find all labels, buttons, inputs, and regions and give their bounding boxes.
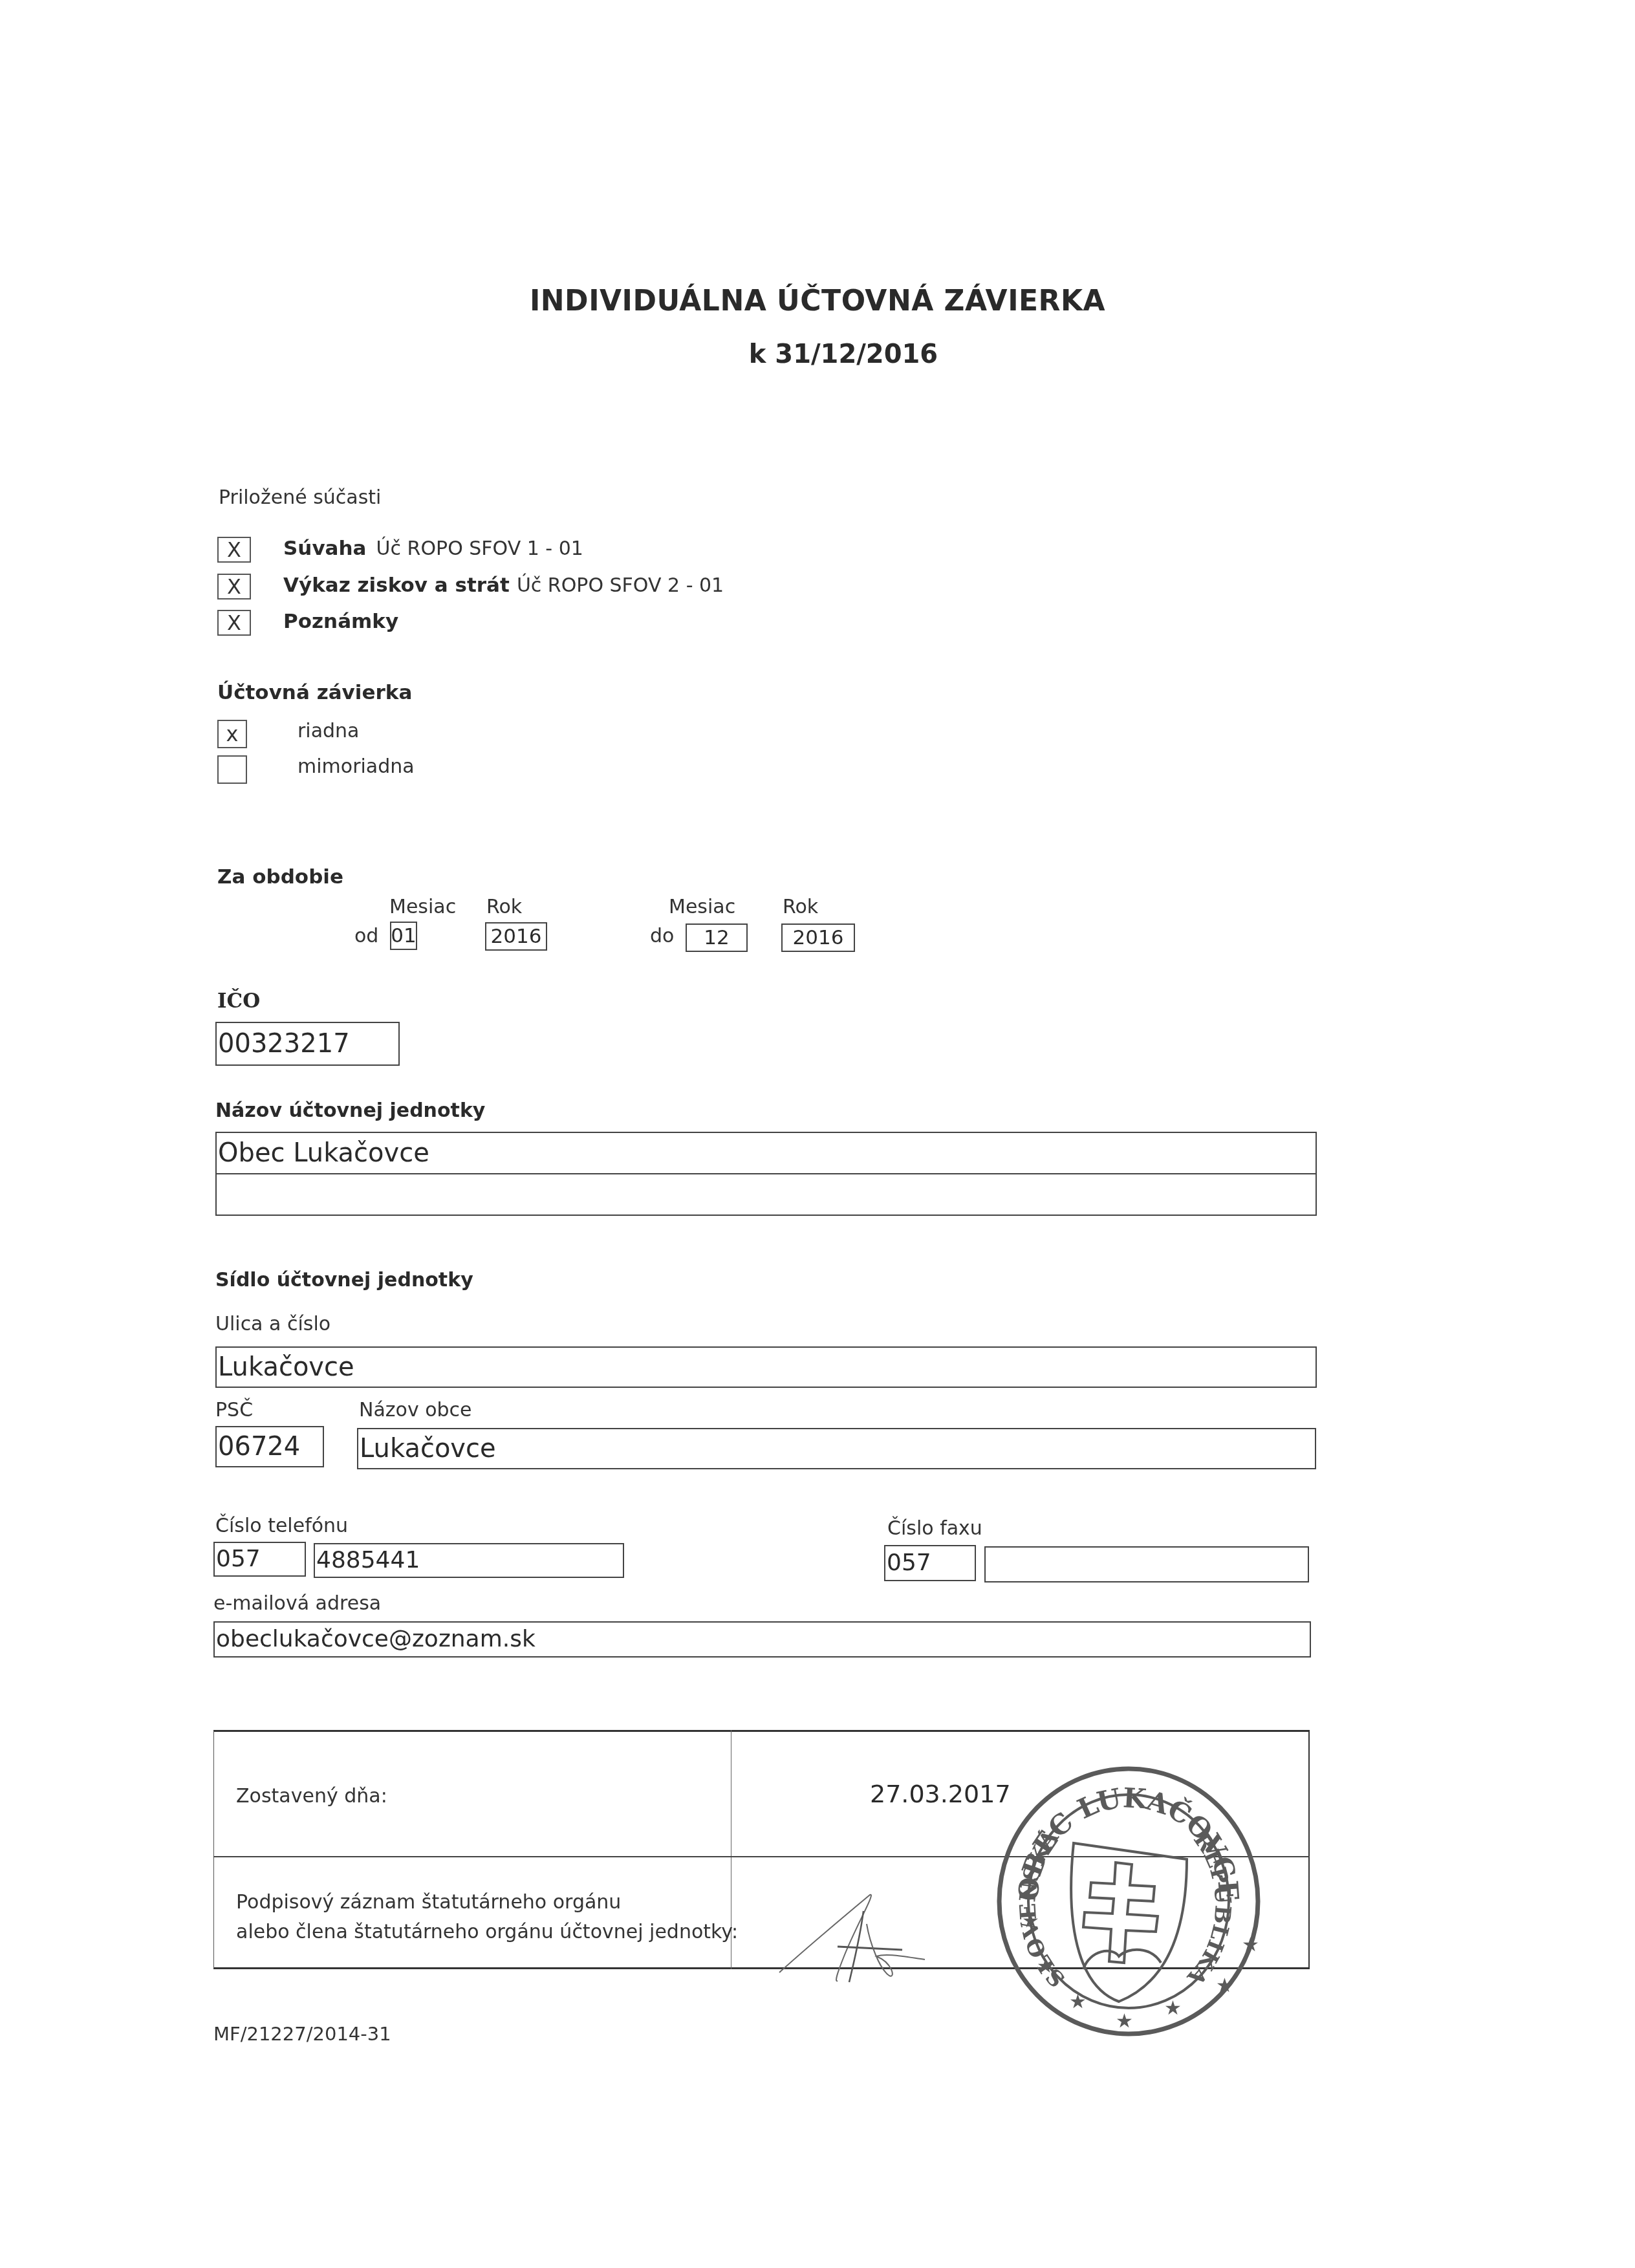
svg-text:★: ★ (1037, 1955, 1054, 1978)
street-label: Ulica a číslo (215, 1313, 330, 1335)
signature-label-line1: Podpisový záznam štatutárneho orgánu (236, 1891, 621, 1914)
attachment-checkbox-suvaha[interactable]: X (217, 537, 251, 563)
period-to-label: do (650, 925, 674, 947)
seat-label: Sídlo účtovnej jednotky (215, 1269, 473, 1291)
document-date: k 31/12/2016 (0, 340, 1635, 369)
entity-name-line2-field[interactable] (215, 1173, 1317, 1216)
phone-number-field[interactable]: 4885441 (314, 1543, 624, 1578)
entity-name-label: Názov účtovnej jednotky (215, 1099, 485, 1122)
period-from-month-field[interactable]: 01 (390, 922, 417, 950)
svg-text:★: ★ (1069, 1991, 1087, 2013)
compiled-date-value: 27.03.2017 (870, 1780, 1011, 1808)
email-field[interactable]: obeclukačovce@zoznam.sk (213, 1621, 1311, 1658)
statement-type-mimoriadna-label: mimoriadna (298, 755, 415, 778)
document-title: INDIVIDUÁLNA ÚČTOVNÁ ZÁVIERKA (0, 285, 1635, 318)
attachment-checkbox-poznamky[interactable]: X (217, 610, 251, 636)
compiled-date-label: Zostavený dňa: (236, 1785, 387, 1808)
handwritten-signature (773, 1885, 947, 1989)
phone-label: Číslo telefónu (215, 1515, 348, 1537)
attachments-label: Priložené súčasti (219, 486, 381, 509)
attachment-checkbox-vykaz[interactable]: X (217, 574, 251, 599)
ico-label: IČO (217, 989, 260, 1013)
statement-type-label: Účtovná závierka (217, 681, 412, 704)
phone-prefix-field[interactable]: 057 (213, 1542, 306, 1577)
fax-number-field[interactable] (984, 1546, 1309, 1582)
signature-label-line2: alebo člena štatutárneho orgánu účtovnej… (236, 1921, 738, 1943)
city-label: Názov obce (359, 1399, 472, 1421)
statement-type-checkbox-mimoriadna[interactable] (217, 755, 247, 784)
period-to-year-field[interactable]: 2016 (781, 923, 855, 952)
period-to-month-label: Mesiac (669, 896, 735, 918)
period-label: Za obdobie (217, 865, 343, 889)
attachment-name: Výkaz ziskov a strát (283, 574, 510, 597)
attachment-code: Úč ROPO SFOV 1 - 01 (376, 537, 583, 560)
period-from-label: od (354, 925, 378, 947)
attachment-item-poznamky: Poznámky (283, 610, 398, 633)
attachment-item-suvaha: Súvaha Úč ROPO SFOV 1 - 01 (283, 537, 583, 560)
psc-label: PSČ (215, 1399, 253, 1421)
period-from-month-label: Mesiac (389, 896, 456, 918)
psc-field[interactable]: 06724 (215, 1426, 324, 1467)
attachment-name: Súvaha (283, 537, 367, 560)
fax-label: Číslo faxu (887, 1517, 982, 1540)
period-from-year-label: Rok (486, 896, 522, 918)
svg-text:★: ★ (1116, 2010, 1133, 2033)
attachment-item-vykaz: Výkaz ziskov a strát Úč ROPO SFOV 2 - 01 (283, 574, 724, 597)
official-stamp-icon: OBEC LUKAČOVCE SLOVENSKÁ REPUBLIKA ★ ★ ★… (993, 1762, 1264, 2040)
svg-text:★: ★ (1022, 1910, 1039, 1932)
period-to-month-field[interactable]: 12 (686, 923, 748, 952)
svg-text:REPUBLIKA: REPUBLIKA (1182, 1828, 1236, 1990)
svg-text:★: ★ (1242, 1934, 1259, 1956)
entity-name-line1-field[interactable]: Obec Lukačovce (215, 1132, 1317, 1174)
street-field[interactable]: Lukačovce (215, 1346, 1317, 1388)
period-to-year-label: Rok (783, 896, 818, 918)
email-label: e-mailová adresa (213, 1592, 381, 1615)
svg-text:★: ★ (1216, 1974, 1233, 1997)
ico-field[interactable]: 00323217 (215, 1022, 400, 1066)
fax-prefix-field[interactable]: 057 (884, 1545, 976, 1581)
period-from-year-field[interactable]: 2016 (485, 922, 547, 951)
statement-type-checkbox-riadna[interactable]: x (217, 720, 247, 748)
svg-text:★: ★ (1164, 1997, 1182, 2020)
attachment-code: Úč ROPO SFOV 2 - 01 (517, 574, 724, 597)
city-field[interactable]: Lukačovce (357, 1428, 1316, 1469)
statement-type-riadna-label: riadna (298, 720, 360, 742)
form-reference: MF/21227/2014-31 (213, 2023, 391, 2045)
attachment-name: Poznámky (283, 610, 398, 633)
